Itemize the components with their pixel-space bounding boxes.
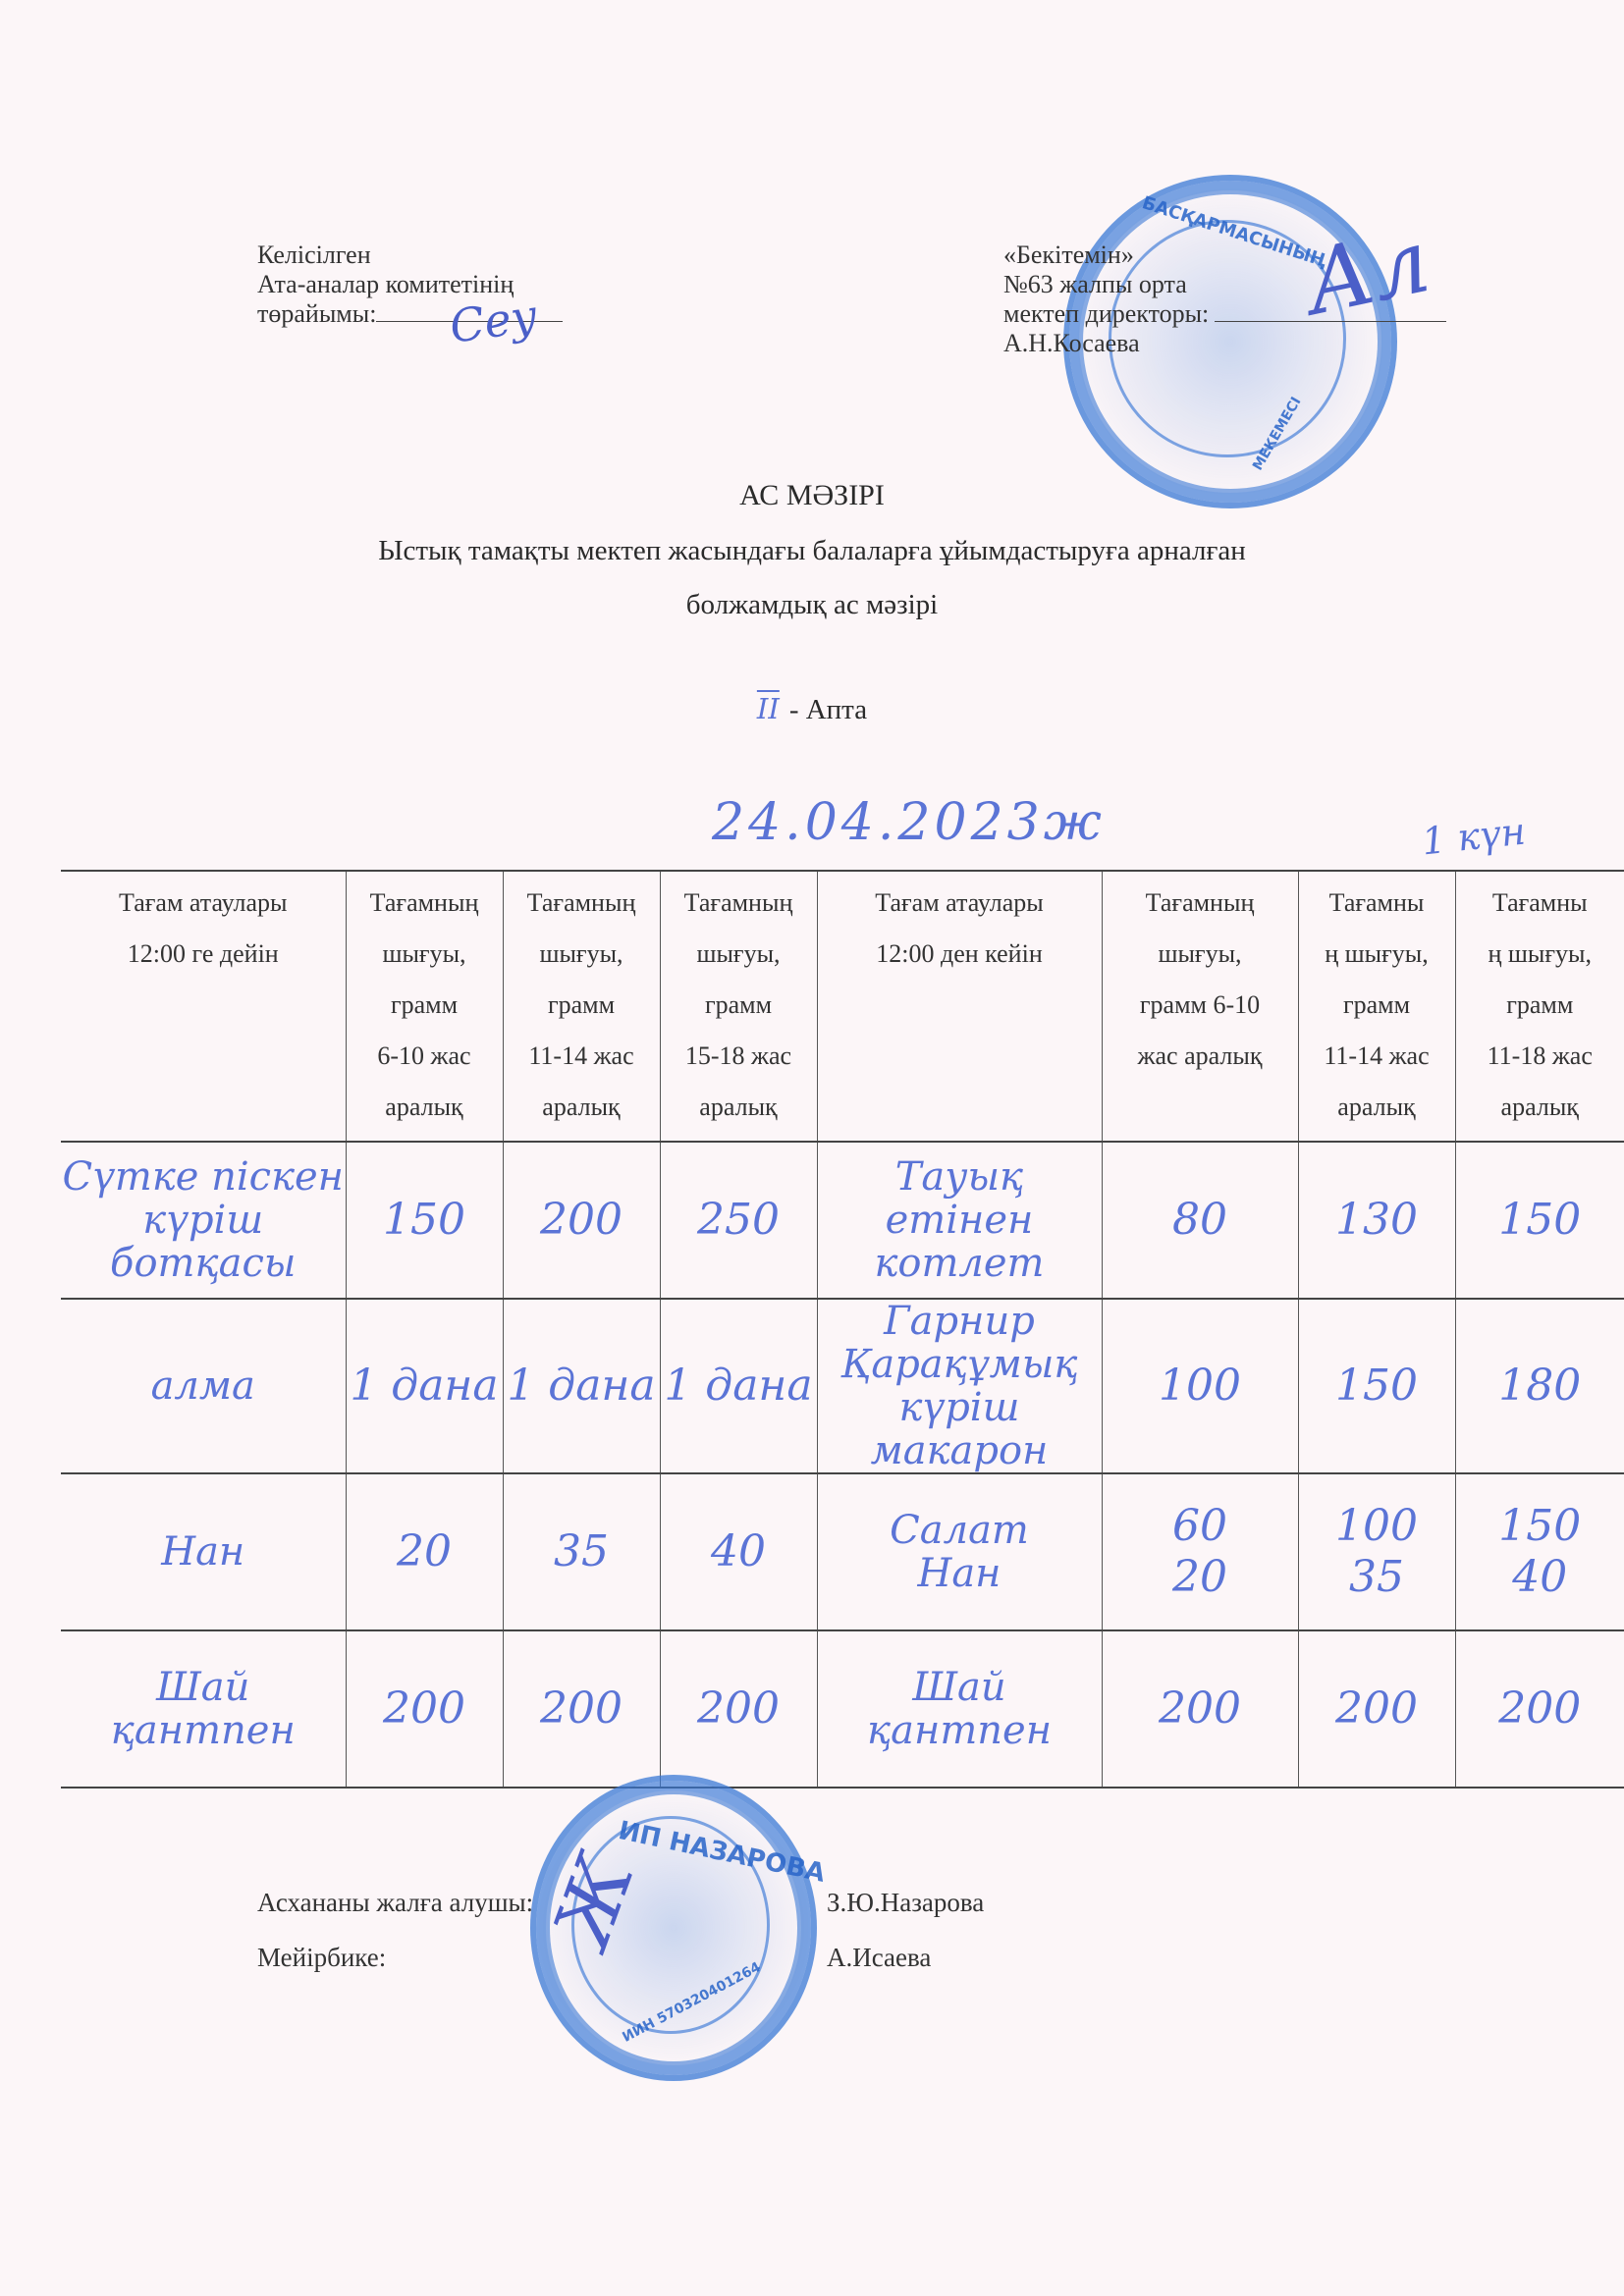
table-header-row: Тағам атаулары12:00 ге дейінТағамныңшығу… [61,871,1624,1142]
column-header: Тағамныңшығуы,грамм15-18 жасаралық [660,871,817,1142]
column-header-line: Тағамны [1299,878,1455,929]
portion-value: 150 [1456,1195,1624,1246]
dish-name: Қарақұмық [818,1343,1102,1386]
column-header: Тағамның шығуы,грамм11-18 жасаралық [1455,871,1624,1142]
portion-value: 20 [347,1526,503,1577]
portion-value: 200 [1103,1683,1298,1735]
column-header-line: аралық [661,1082,817,1133]
portion-cell: 200 [1102,1630,1298,1788]
portion-value: 1 дана [347,1361,503,1412]
column-header-line: Тағам атаулары [818,878,1102,929]
portion-value: 200 [347,1683,503,1735]
portion-value: 100 [1103,1361,1298,1412]
dish-name: Гарнир [818,1300,1102,1343]
director-name: А.Н.Косаева [1003,329,1446,358]
column-header-line: аралық [504,1082,660,1133]
column-header-line: грамм [504,980,660,1031]
column-header: Тағамның шығуы,грамм11-14 жасаралық [1298,871,1455,1142]
column-header: Тағам атаулары12:00 ге дейін [61,871,346,1142]
portion-value: 180 [1456,1361,1624,1412]
portion-cell: 200 [1455,1630,1624,1788]
column-header-line: грамм [1456,980,1624,1031]
portion-value: 150 [1299,1361,1455,1412]
portion-value: 80 [1103,1195,1298,1246]
dish-name: Шай [818,1666,1102,1709]
column-header-line: жас аралық [1103,1031,1298,1082]
portion-value: 40 [1456,1552,1624,1603]
column-header-line: 11-14 жас [1299,1031,1455,1082]
dish-name: Тауық [818,1155,1102,1199]
column-header: Тағамныңшығуы,грамм6-10 жасаралық [346,871,503,1142]
menu-day: 1 күн [1420,810,1528,864]
portion-cell: 15040 [1455,1473,1624,1630]
portion-value: 130 [1299,1195,1455,1246]
column-header-line: аралық [1456,1082,1624,1133]
dish-name: Сүтке піскен [61,1155,346,1199]
dish-name: күріш [61,1199,346,1242]
portion-cell: 1 дана [503,1299,660,1473]
portion-cell: 250 [660,1142,817,1299]
portion-cell: 20 [346,1473,503,1630]
column-header-line: аралық [347,1082,503,1133]
column-header-line: аралық [1299,1082,1455,1133]
portion-cell: 1 дана [660,1299,817,1473]
portion-value: 35 [504,1526,660,1577]
portion-value: 35 [1299,1552,1455,1603]
column-header-line: Тағамның [1103,878,1298,929]
portion-cell: 6020 [1102,1473,1298,1630]
portion-value: 100 [1299,1501,1455,1552]
dish-name: макарон [818,1429,1102,1472]
column-header-line: Тағамның [347,878,503,929]
portion-cell: 150 [1455,1142,1624,1299]
portion-cell: 200 [346,1630,503,1788]
portion-cell: 180 [1455,1299,1624,1473]
portion-cell: 150 [1298,1299,1455,1473]
portion-cell: 80 [1102,1142,1298,1299]
agreed-chair-label: төрайымы: [257,299,376,328]
table-row: Сүтке піскенкүрішботқасы150200250Тауықет… [61,1142,1624,1299]
portion-cell: 1 дана [346,1299,503,1473]
portion-cell: 200 [660,1630,817,1788]
column-header-line: Тағамны [1456,878,1624,929]
portion-value: 200 [1299,1683,1455,1735]
menu-date: 24.04.2023ж [712,793,1106,852]
dish-name: қантпен [818,1709,1102,1752]
portion-cell: 10035 [1298,1473,1455,1630]
dish-name-cell: Сүтке піскенкүрішботқасы [61,1142,346,1299]
column-header-line: Тағамның [661,878,817,929]
portion-cell: 40 [660,1473,817,1630]
portion-value: 20 [1103,1552,1298,1603]
table-row: Шайқантпен200200200Шайқантпен200200200 [61,1630,1624,1788]
column-header-line: грамм [347,980,503,1031]
column-header: Тағамныңшығуы,грамм11-14 жасаралық [503,871,660,1142]
portion-cell: 100 [1102,1299,1298,1473]
column-header-line: грамм 6-10 [1103,980,1298,1031]
portion-value: 1 дана [504,1361,660,1412]
portion-value: 150 [1456,1501,1624,1552]
parent-committee-signature: Сеу [447,289,541,353]
column-header-line: 6-10 жас [347,1031,503,1082]
column-header-line: 15-18 жас [661,1031,817,1082]
dish-name: Нан [61,1530,346,1574]
column-header-line: Тағам атаулары [61,878,346,929]
subtitle-line2: болжамдық ас мәзірі [0,589,1624,621]
column-header-line: ң шығуы, [1299,929,1455,980]
column-header-line: 12:00 ге дейін [61,929,346,980]
dish-name: Шай [61,1666,346,1709]
portion-value: 200 [504,1195,660,1246]
dish-name: етінен [818,1199,1102,1242]
portion-value: 1 дана [661,1361,817,1412]
column-header-line: 11-14 жас [504,1031,660,1082]
portion-cell: 200 [1298,1630,1455,1788]
week-number: II [757,692,780,725]
page-title: АС МӘЗІРІ [0,479,1624,512]
column-header-line: шығуы, [504,929,660,980]
table-row: алма1 дана1 дана1 данаГарнирҚарақұмықкүр… [61,1299,1624,1473]
portion-value: 200 [1456,1683,1624,1735]
column-header-line: шығуы, [347,929,503,980]
portion-value: 200 [504,1683,660,1735]
portion-value: 250 [661,1195,817,1246]
menu-table: Тағам атаулары12:00 ге дейінТағамныңшығу… [61,870,1624,1789]
dish-name: Нан [818,1552,1102,1595]
dish-name-cell: СалатНан [817,1473,1102,1630]
column-header-line: грамм [1299,980,1455,1031]
dish-name: Салат [818,1509,1102,1552]
dish-name-cell: ГарнирҚарақұмықкүрішмакарон [817,1299,1102,1473]
portion-cell: 35 [503,1473,660,1630]
dish-name: ботқасы [61,1242,346,1285]
week-label: II- Апта [0,692,1624,726]
portion-value: 40 [661,1526,817,1577]
portion-value: 200 [661,1683,817,1735]
dish-name-cell: Тауықетіненкотлет [817,1142,1102,1299]
week-text: - Апта [789,694,867,725]
nurse-name: А.Исаева [827,1930,931,1985]
dish-name: алма [61,1364,346,1408]
director-label: мектеп директоры: [1003,299,1209,328]
subtitle-line1: Ыстық тамақты мектеп жасындағы балаларға… [0,535,1624,567]
dish-name: қантпен [61,1709,346,1752]
column-header-line: Тағамның [504,878,660,929]
table-body: Сүтке піскенкүрішботқасы150200250Тауықет… [61,1142,1624,1788]
portion-value: 60 [1103,1501,1298,1552]
dish-name-cell: Шайқантпен [817,1630,1102,1788]
dish-name: котлет [818,1242,1102,1285]
agreed-line1: Келісілген [257,240,563,270]
column-header: Тағамныңшығуы,грамм 6-10жас аралық [1102,871,1298,1142]
dish-name: күріш [818,1386,1102,1429]
column-header-line: ң шығуы, [1456,929,1624,980]
portion-cell: 200 [503,1142,660,1299]
dish-name-cell: Шайқантпен [61,1630,346,1788]
portion-value: 150 [347,1195,503,1246]
column-header-line: 12:00 ден кейін [818,929,1102,980]
column-header-line: шығуы, [661,929,817,980]
dish-name-cell: Нан [61,1473,346,1630]
column-header-line: шығуы, [1103,929,1298,980]
canteen-name: З.Ю.Назарова [827,1875,984,1930]
portion-cell: 150 [346,1142,503,1299]
column-header-line: грамм [661,980,817,1031]
table-row: Нан203540СалатНан60201003515040 [61,1473,1624,1630]
column-header-line: 11-18 жас [1456,1031,1624,1082]
portion-cell: 200 [503,1630,660,1788]
dish-name-cell: алма [61,1299,346,1473]
column-header: Тағам атаулары12:00 ден кейін [817,871,1102,1142]
portion-cell: 130 [1298,1142,1455,1299]
